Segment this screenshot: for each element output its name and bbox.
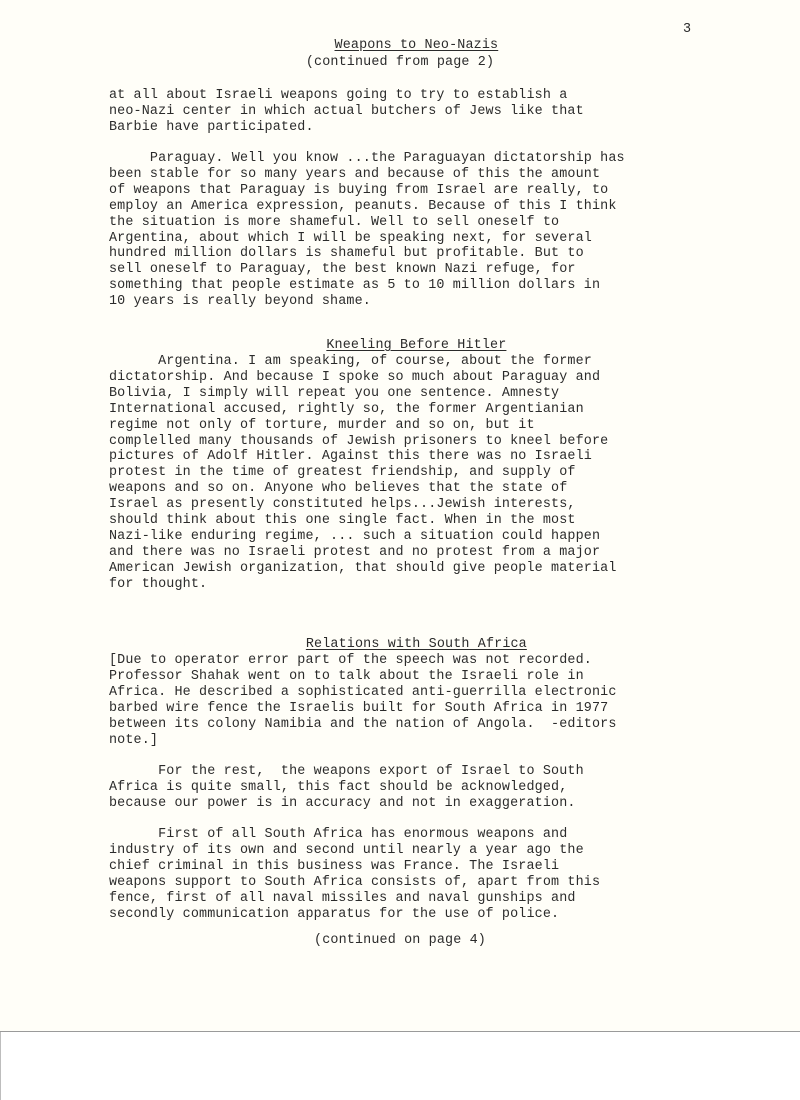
running-title-text: Weapons to Neo-Nazis [335,38,499,53]
section-heading-kneeling-text: Kneeling Before Hitler [326,338,506,353]
paragraph-continuation: at all about Israeli weapons going to tr… [109,88,584,136]
paragraph-for-the-rest: For the rest, the weapons export of Isra… [109,764,584,812]
document-page: Weapons to Neo-Nazis 3 (continued from p… [0,0,800,1032]
continued-from-note: (continued from page 2) [0,55,800,71]
page-number: 3 [683,22,691,38]
paragraph-editors-note: [Due to operator error part of the speec… [109,653,617,748]
paragraph-paraguay: Paraguay. Well you know ...the Paraguaya… [109,151,625,310]
scan-background [0,1032,800,1100]
paragraph-argentina: Argentina. I am speaking, of course, abo… [109,354,617,593]
continued-on-note: (continued on page 4) [0,933,800,949]
paragraph-first-of-all: First of all South Africa has enormous w… [109,827,600,922]
section-heading-south-africa-text: Relations with South Africa [306,637,527,652]
